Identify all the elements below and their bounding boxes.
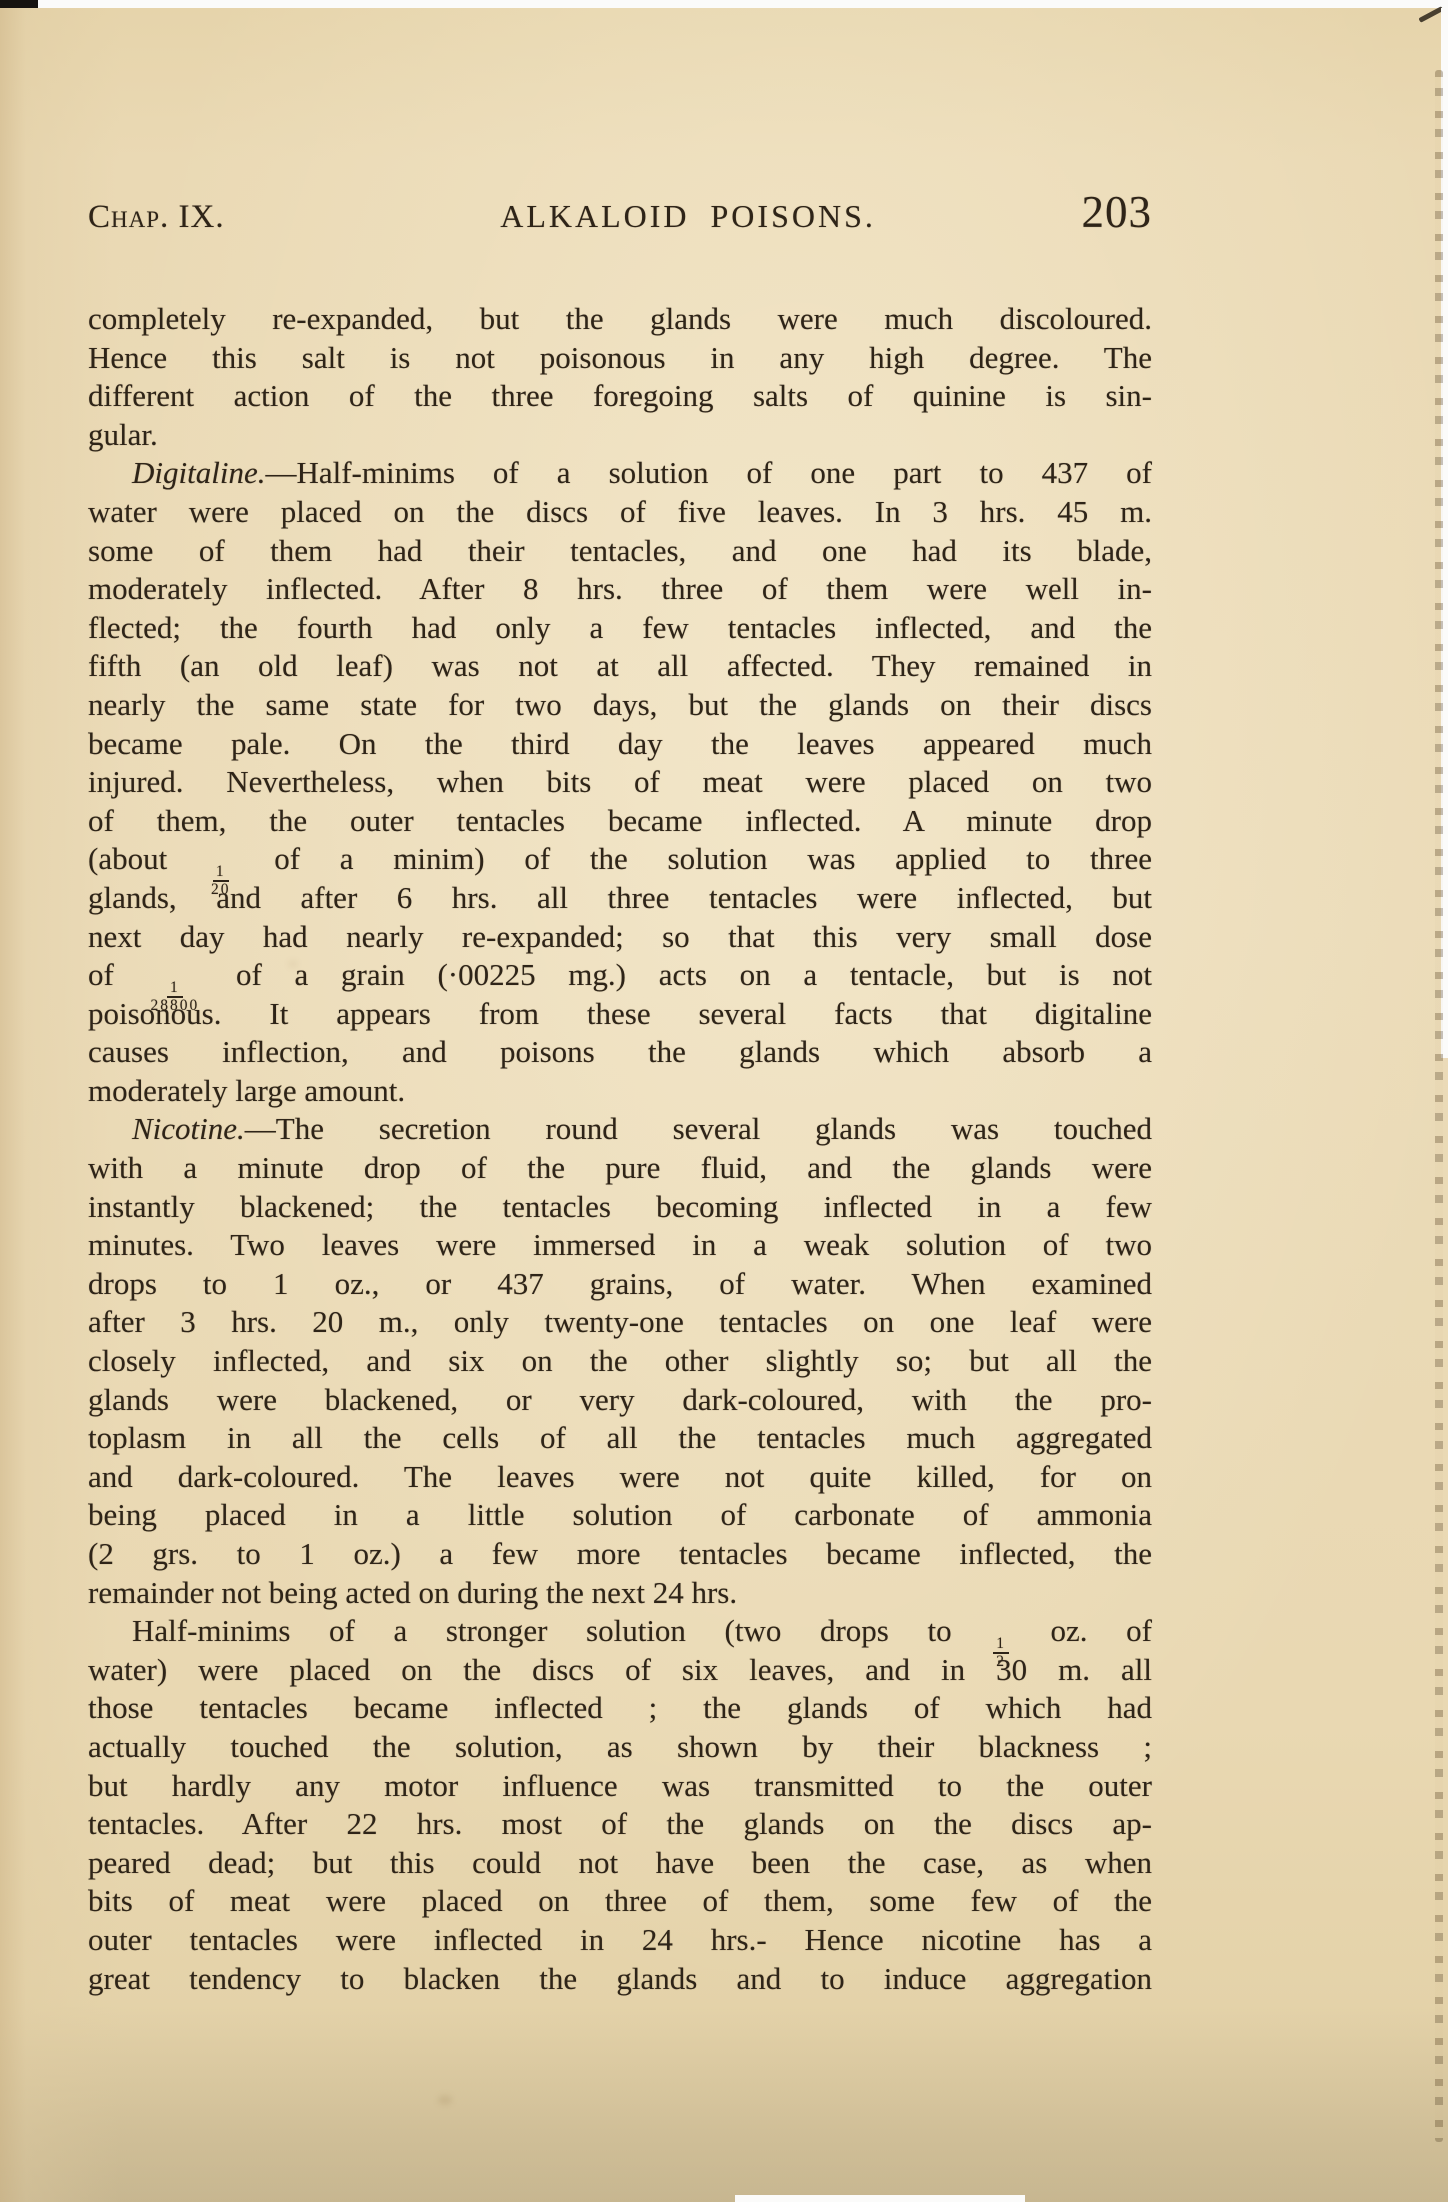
- text-line: moderately large amount.: [88, 1072, 1152, 1111]
- text-line: poisonous. It appears from these several…: [88, 995, 1152, 1034]
- page-number: 203: [1082, 186, 1153, 238]
- text-line: water) were placed on the discs of six l…: [88, 1651, 1152, 1690]
- text-line: injured. Nevertheless, when bits of meat…: [88, 763, 1152, 802]
- page-title: ALKALOID POISONS.: [225, 198, 1082, 235]
- text-line: being placed in a little solution of car…: [88, 1496, 1152, 1535]
- text-line: closely inflected, and six on the other …: [88, 1342, 1152, 1381]
- text-line: after 3 hrs. 20 m., only twenty-one tent…: [88, 1303, 1152, 1342]
- body-text: completely re-expanded, but the glands w…: [88, 300, 1152, 1998]
- text-line: moderately inflected. After 8 hrs. three…: [88, 570, 1152, 609]
- paper-smudge: [438, 2095, 452, 2105]
- text-line: Nicotine.—The secretion round several gl…: [88, 1110, 1152, 1149]
- text-line: fifth (an old leaf) was not at all affec…: [88, 647, 1152, 686]
- text-line: those tentacles became inflected ; the g…: [88, 1689, 1152, 1728]
- text-line: peared dead; but this could not have bee…: [88, 1844, 1152, 1883]
- text-line: water were placed on the discs of five l…: [88, 493, 1152, 532]
- text-line: actually touched the solution, as shown …: [88, 1728, 1152, 1767]
- text-line: different action of the three foregoing …: [88, 377, 1152, 416]
- page-header: Chap. IX. ALKALOID POISONS. 203: [88, 186, 1152, 238]
- text-line: great tendency to blacken the glands and…: [88, 1960, 1152, 1999]
- substance-name: Nicotine.: [132, 1111, 245, 1146]
- text-line: remainder not being acted on during the …: [88, 1574, 1152, 1613]
- text-line: became pale. On the third day the leaves…: [88, 725, 1152, 764]
- text-line: (about 120 of a minim) of the solution w…: [88, 840, 1152, 879]
- text-line: and dark-coloured. The leaves were not q…: [88, 1458, 1152, 1497]
- chapter-label: Chap. IX.: [88, 199, 225, 236]
- substance-name: Digitaline.: [132, 455, 265, 490]
- text-line: instantly blackened; the tentacles becom…: [88, 1188, 1152, 1227]
- text-line: flected; the fourth had only a few tenta…: [88, 609, 1152, 648]
- text-line: but hardly any motor influence was trans…: [88, 1767, 1152, 1806]
- text-line: Half-minims of a stronger solution (two …: [88, 1612, 1152, 1651]
- text-line: (2 grs. to 1 oz.) a few more tentacles b…: [88, 1535, 1152, 1574]
- text-line: next day had nearly re-expanded; so that…: [88, 918, 1152, 957]
- text-line: bits of meat were placed on three of the…: [88, 1882, 1152, 1921]
- text-line: causes inflection, and poisons the gland…: [88, 1033, 1152, 1072]
- text-line: gular.: [88, 416, 1152, 455]
- text-line: Hence this salt is not poisonous in any …: [88, 339, 1152, 378]
- text-line: minutes. Two leaves were immersed in a w…: [88, 1226, 1152, 1265]
- text-line: of them, the outer tentacles became infl…: [88, 802, 1152, 841]
- text-line: Digitaline.—Half-minims of a solution of…: [88, 454, 1152, 493]
- text-line: nearly the same state for two days, but …: [88, 686, 1152, 725]
- page-deckle-edge: [1435, 70, 1443, 2142]
- text-line: with a minute drop of the pure fluid, an…: [88, 1149, 1152, 1188]
- scan-top-margin: [38, 0, 1448, 8]
- text-line: tentacles. After 22 hrs. most of the gla…: [88, 1805, 1152, 1844]
- text-line: of 128800 of a grain (·00225 mg.) acts o…: [88, 956, 1152, 995]
- text-line: outer tentacles were inflected in 24 hrs…: [88, 1921, 1152, 1960]
- text-line: drops to 1 oz., or 437 grains, of water.…: [88, 1265, 1152, 1304]
- scan-bottom-notch: [735, 2195, 1025, 2202]
- text-line: glands were blackened, or very dark-colo…: [88, 1381, 1152, 1420]
- text-line: completely re-expanded, but the glands w…: [88, 300, 1152, 339]
- scan-top-left-mark: [0, 0, 38, 8]
- text-line: glands, and after 6 hrs. all three tenta…: [88, 879, 1152, 918]
- book-page-scan: Chap. IX. ALKALOID POISONS. 203 complete…: [0, 0, 1448, 2202]
- text-line: toplasm in all the cells of all the tent…: [88, 1419, 1152, 1458]
- text-line: some of them had their tentacles, and on…: [88, 532, 1152, 571]
